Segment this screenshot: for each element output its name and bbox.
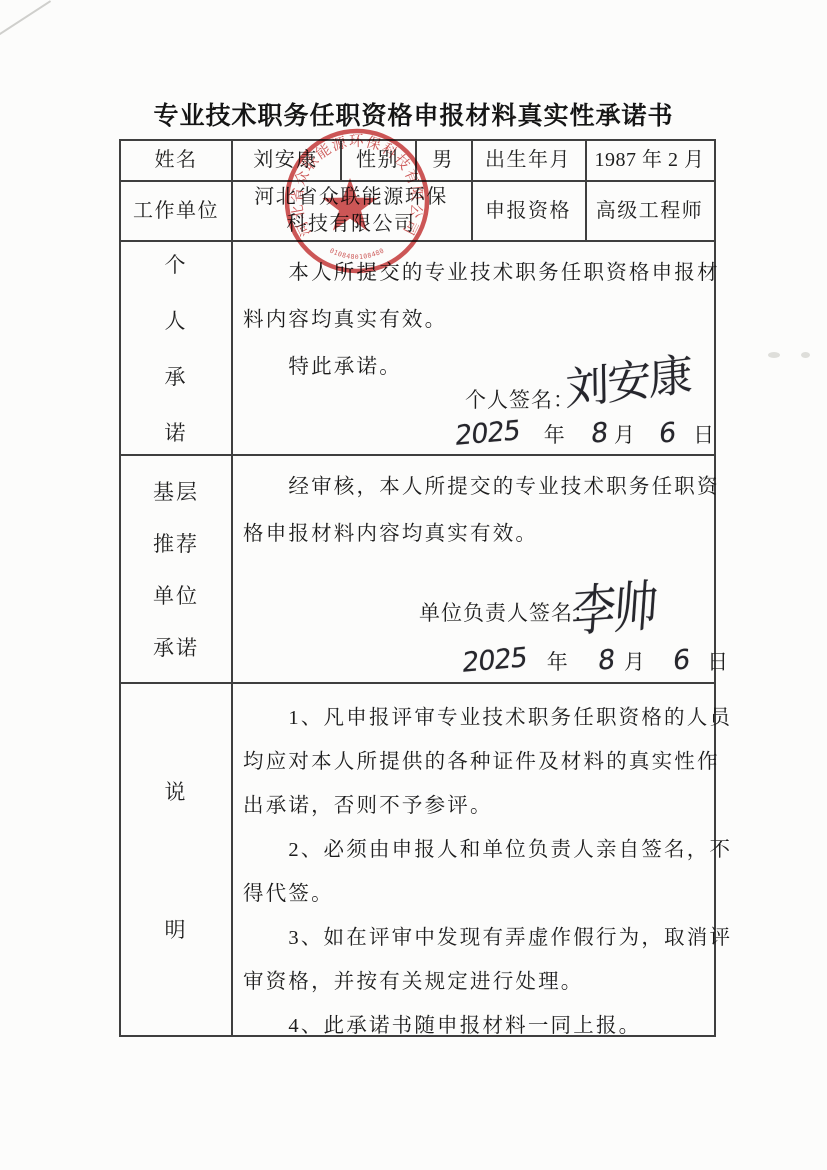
- name-label: 姓名: [155, 148, 198, 173]
- month-unit: 月: [614, 419, 635, 449]
- note-line: 出承诺，否则不予参评。: [243, 784, 724, 828]
- work-unit-label: 工作单位: [133, 199, 219, 224]
- personal-signature: 刘安康: [565, 338, 691, 418]
- birth-value-cell: 1987 年 2 月: [585, 141, 714, 180]
- note-line: 得代签。: [243, 872, 724, 916]
- note-line: 4、此承诺书随申报材料一同上报。: [243, 1004, 724, 1048]
- work-unit-label-cell: 工作单位: [121, 182, 231, 240]
- note-line: 2、必须由申报人和单位负责人亲自签名，不: [243, 828, 724, 872]
- label-line: 承诺: [153, 632, 199, 662]
- year-unit: 年: [547, 646, 568, 676]
- notes-label: 说 明: [121, 684, 231, 1035]
- month-unit: 月: [624, 646, 645, 676]
- scanned-document-page: 专业技术职务任职资格申报材料真实性承诺书 姓名 刘安康 性别 男 出生年月 19…: [0, 0, 827, 1170]
- unit-signature: 李帅: [569, 561, 658, 647]
- commitment-text-line: 格申报材料内容均真实有效。: [243, 511, 724, 558]
- note-line: 3、如在评审中发现有弄虚作假行为，取消评: [243, 916, 724, 960]
- birth-label: 出生年月: [485, 148, 571, 173]
- year-unit: 年: [544, 419, 565, 449]
- handwritten-month: 8: [596, 644, 615, 677]
- scan-speck: [768, 352, 780, 358]
- label-char: 明: [165, 914, 188, 944]
- notes-content: 1、凡申报评审专业技术职务任职资格的人员 均应对本人所提供的各种证件及材料的真实…: [233, 684, 730, 1047]
- personal-sign-label: 个人签名：: [465, 384, 575, 414]
- birth-value: 1987 年 2 月: [595, 148, 705, 173]
- note-line: 审资格，并按有关规定进行处理。: [243, 960, 724, 1004]
- commitment-text-line: 料内容均真实有效。: [243, 297, 724, 344]
- handwritten-year: 2025: [454, 415, 521, 452]
- commitment-text-line: 经审核，本人所提交的专业技术职务任职资: [243, 464, 724, 511]
- qualification-value: 高级工程师: [596, 199, 704, 224]
- label-line: 基层: [153, 476, 199, 506]
- note-line: 均应对本人所提供的各种证件及材料的真实性作: [243, 740, 724, 784]
- day-unit: 日: [707, 646, 728, 676]
- qualification-label: 申报资格: [485, 199, 571, 224]
- qualification-value-cell: 高级工程师: [585, 182, 714, 240]
- note-line: 1、凡申报评审专业技术职务任职资格的人员: [243, 696, 724, 740]
- unit-commitment-label: 基层 推荐 单位 承诺: [121, 456, 231, 682]
- seal-star-icon: [322, 178, 377, 231]
- seal-code: 0108480108480: [328, 247, 385, 261]
- scan-speck: [801, 352, 810, 358]
- unit-sign-label: 单位负责人签名：: [419, 597, 595, 627]
- handwritten-year: 2025: [461, 642, 528, 679]
- label-char: 诺: [165, 417, 188, 447]
- scan-corner-line: [0, 0, 51, 35]
- birth-label-cell: 出生年月: [471, 141, 585, 180]
- label-char: 人: [165, 305, 188, 335]
- label-char: 个: [165, 249, 188, 279]
- label-char: 说: [165, 776, 188, 806]
- personal-date-line: 2025 年 8 月 6 日: [455, 418, 714, 449]
- label-line: 单位: [153, 580, 199, 610]
- handwritten-month: 8: [589, 417, 608, 450]
- day-unit: 日: [693, 419, 714, 449]
- handwritten-day: 6: [658, 417, 677, 450]
- label-line: 推荐: [153, 528, 199, 558]
- company-seal: 河北省众联能源环保科技有限公司 0108480108480: [277, 121, 437, 281]
- unit-date-line: 2025 年 8 月 6 日: [462, 645, 728, 676]
- name-label-cell: 姓名: [121, 141, 231, 180]
- personal-commitment-label: 个 人 承 诺: [121, 242, 231, 454]
- qualification-label-cell: 申报资格: [471, 182, 585, 240]
- svg-text:0108480108480: 0108480108480: [328, 247, 385, 261]
- handwritten-day: 6: [672, 644, 691, 677]
- unit-commitment-content: 经审核，本人所提交的专业技术职务任职资 格申报材料内容均真实有效。 单位负责人签…: [233, 456, 730, 690]
- label-char: 承: [165, 361, 188, 391]
